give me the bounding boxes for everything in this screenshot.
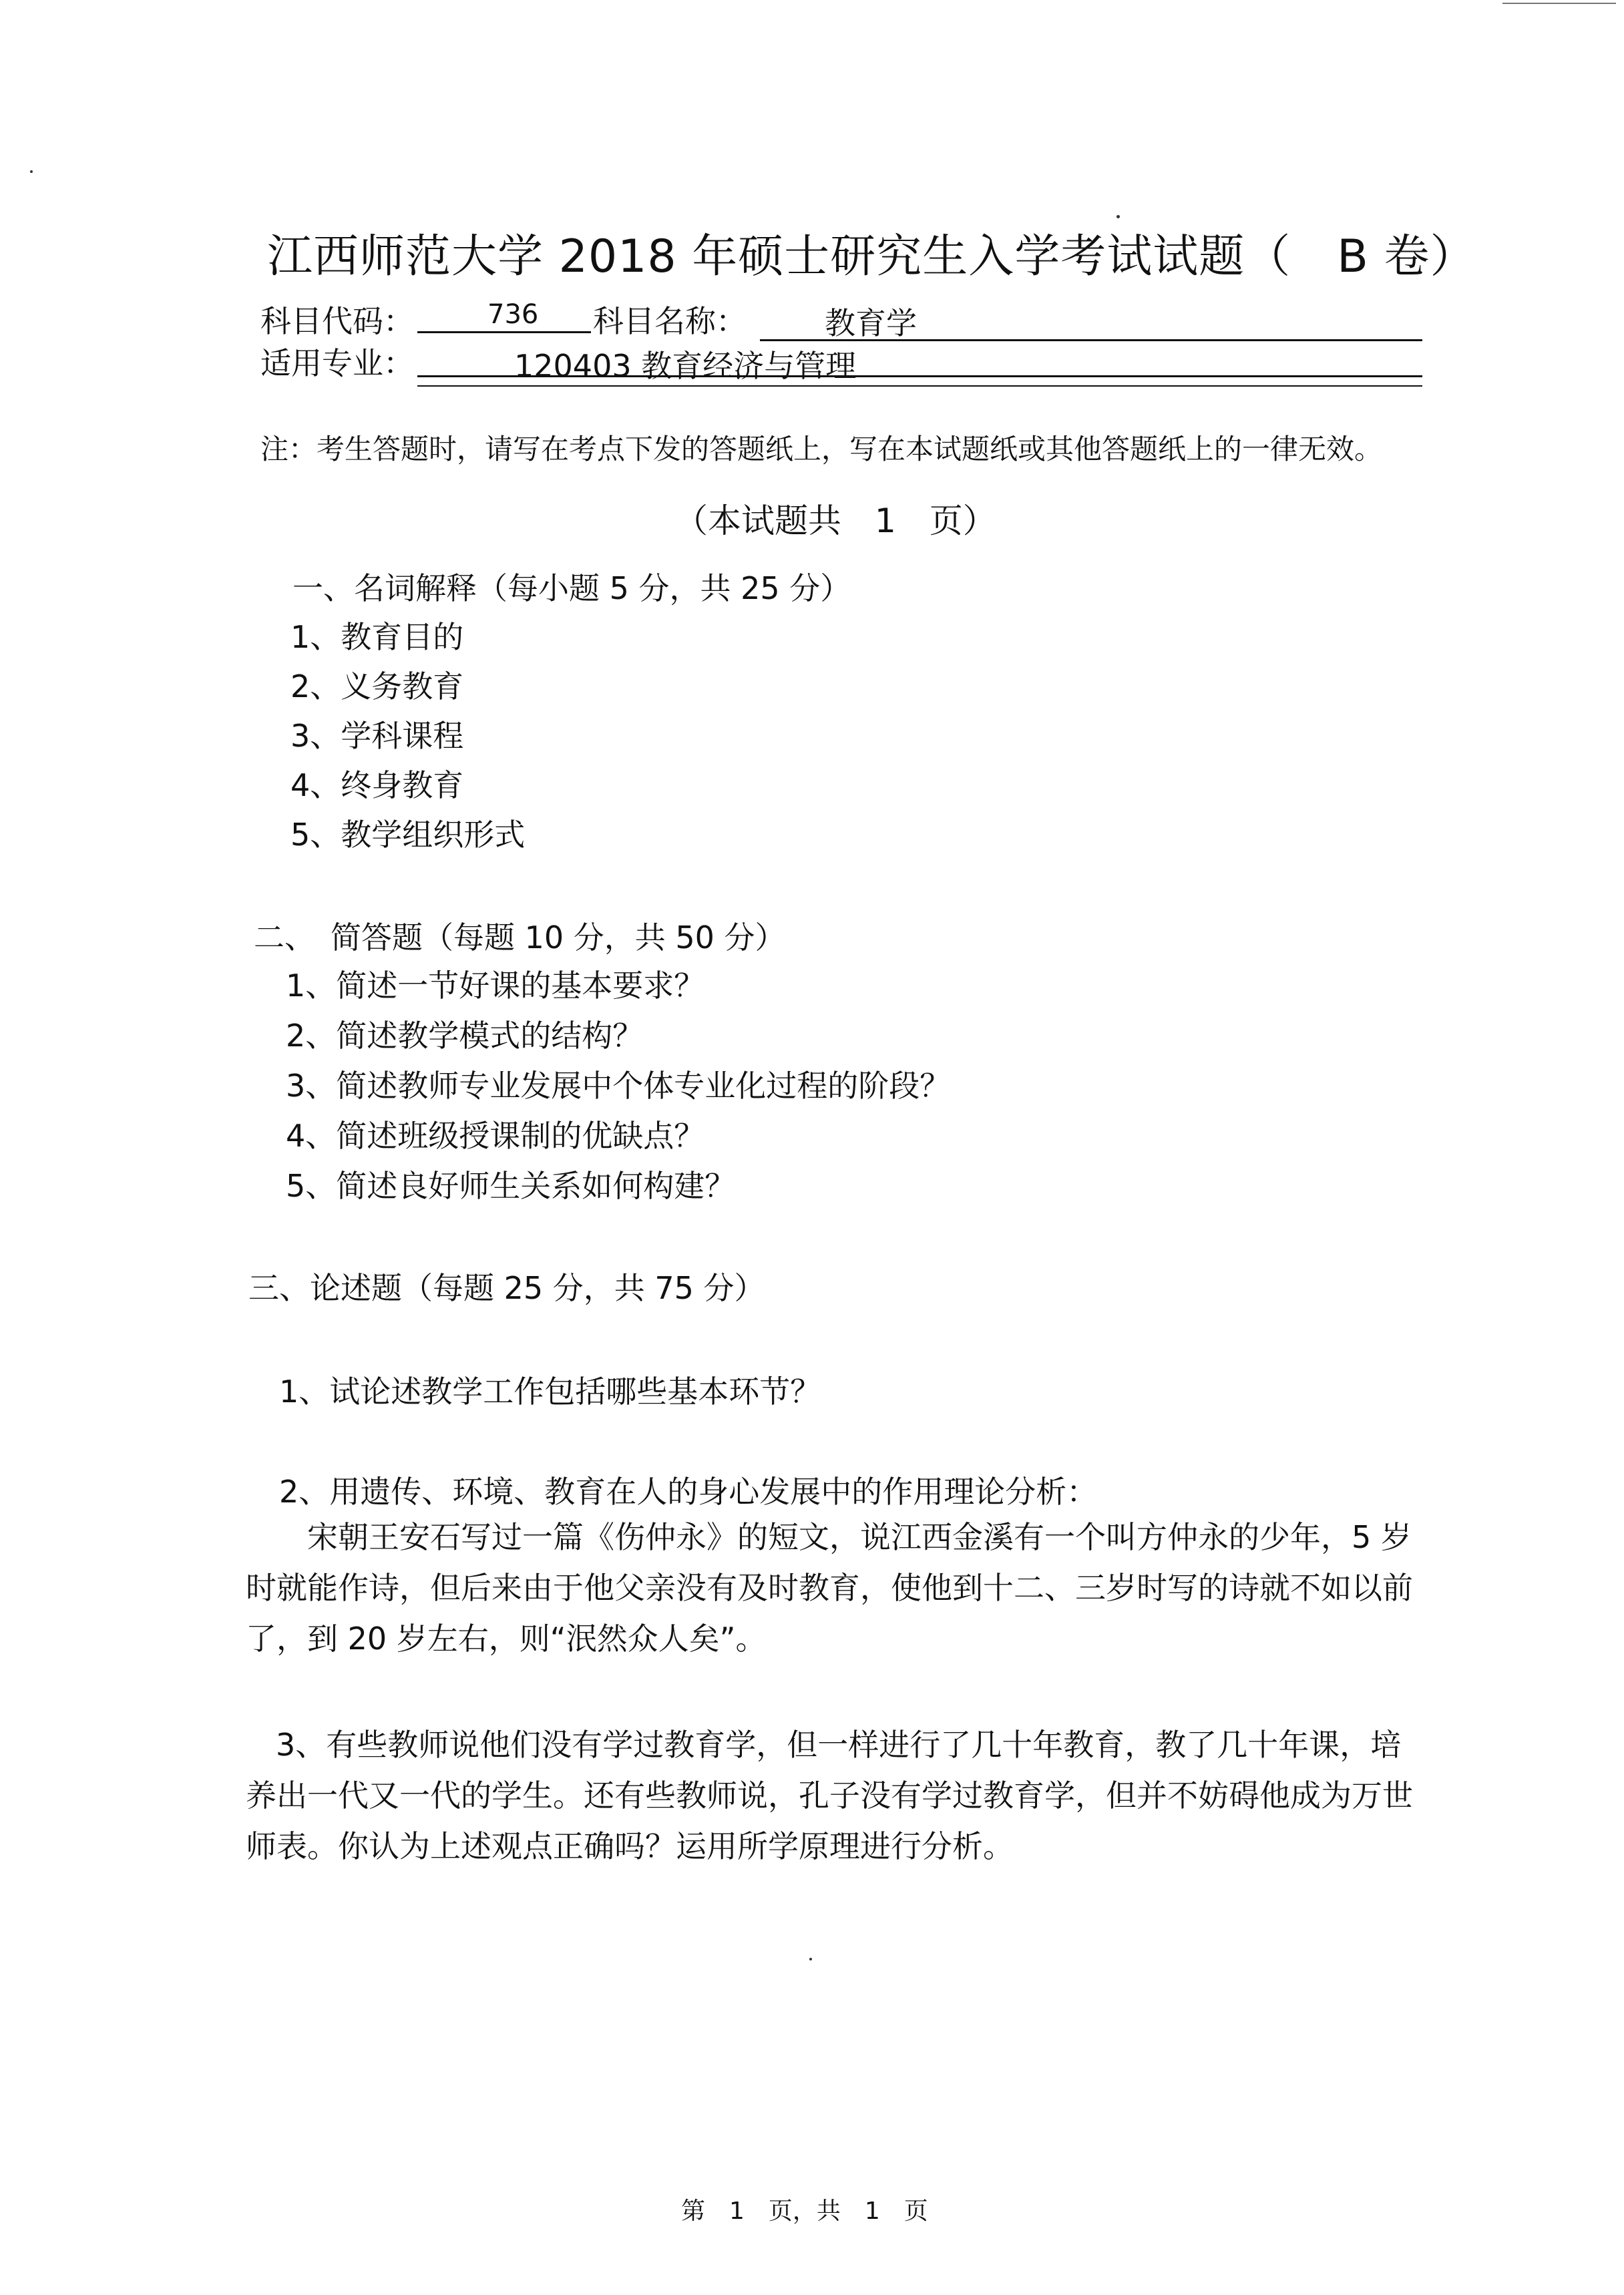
case-text: 宋朝王安石写过一篇《伤仲永》的短文，说江西金溪有一个叫方仲永的少年，5 岁时就能… <box>246 1512 1428 1664</box>
page-footer: 第 1 页，共 1 页 <box>681 2192 928 2226</box>
term-item: 1、教育目的 <box>290 613 463 657</box>
major-value: 120403 教育经济与管理 <box>514 342 856 386</box>
section-1-heading: 一、名词解释（每小题 5 分，共 25 分） <box>292 564 851 608</box>
subject-code-underline <box>417 331 591 333</box>
question-item: 2、简述教学模式的结构？ <box>286 1012 643 1056</box>
subject-code-label: 科目代码： <box>260 297 414 341</box>
exam-note: 注：考生答题时，请写在考点下发的答题纸上，写在本试题纸或其他答题纸上的一律无效。 <box>260 427 1382 467</box>
term-item: 4、终身教育 <box>290 761 463 805</box>
exam-title: 江西师范大学 2018 年硕士研究生入学考试试题（ B 卷） <box>267 220 1476 285</box>
major-label: 适用专业： <box>260 339 414 383</box>
subject-name-underline <box>760 339 1422 341</box>
subject-name-label: 科目名称： <box>593 297 747 341</box>
subject-name-value: 教育学 <box>825 299 917 343</box>
major-underline-2 <box>417 385 1422 387</box>
question-item: 4、简述班级授课制的优缺点？ <box>286 1112 704 1156</box>
page-count-line: （本试题共 1 页） <box>674 494 996 542</box>
section-3-heading: 三、论述题（每题 25 分，共 75 分） <box>248 1264 765 1308</box>
scan-edge-mark <box>1502 3 1616 4</box>
section-2-heading: 二、 简答题（每题 10 分，共 50 分） <box>254 913 786 958</box>
scan-speck <box>809 1958 812 1960</box>
major-underline <box>417 375 1422 377</box>
term-item: 5、教学组织形式 <box>290 811 525 855</box>
term-item: 2、义务教育 <box>290 662 463 706</box>
subject-code-value: 736 <box>487 299 538 330</box>
term-item: 3、学科课程 <box>290 712 463 756</box>
essay-question: 2、用遗传、环境、教育在人的身心发展中的作用理论分析： <box>279 1468 1097 1512</box>
scan-speck <box>1116 215 1120 218</box>
essay-question: 1、试论述教学工作包括哪些基本环节？ <box>279 1368 821 1412</box>
scan-speck <box>30 170 33 173</box>
question-item: 5、简述良好师生关系如何构建？ <box>286 1162 735 1206</box>
question-item: 1、简述一节好课的基本要求？ <box>286 962 704 1006</box>
question-item: 3、简述教师专业发展中个体专业化过程的阶段？ <box>286 1062 950 1106</box>
essay-question: 3、有些教师说他们没有学过教育学，但一样进行了几十年教育，教了几十年课，培养出一… <box>246 1719 1428 1872</box>
